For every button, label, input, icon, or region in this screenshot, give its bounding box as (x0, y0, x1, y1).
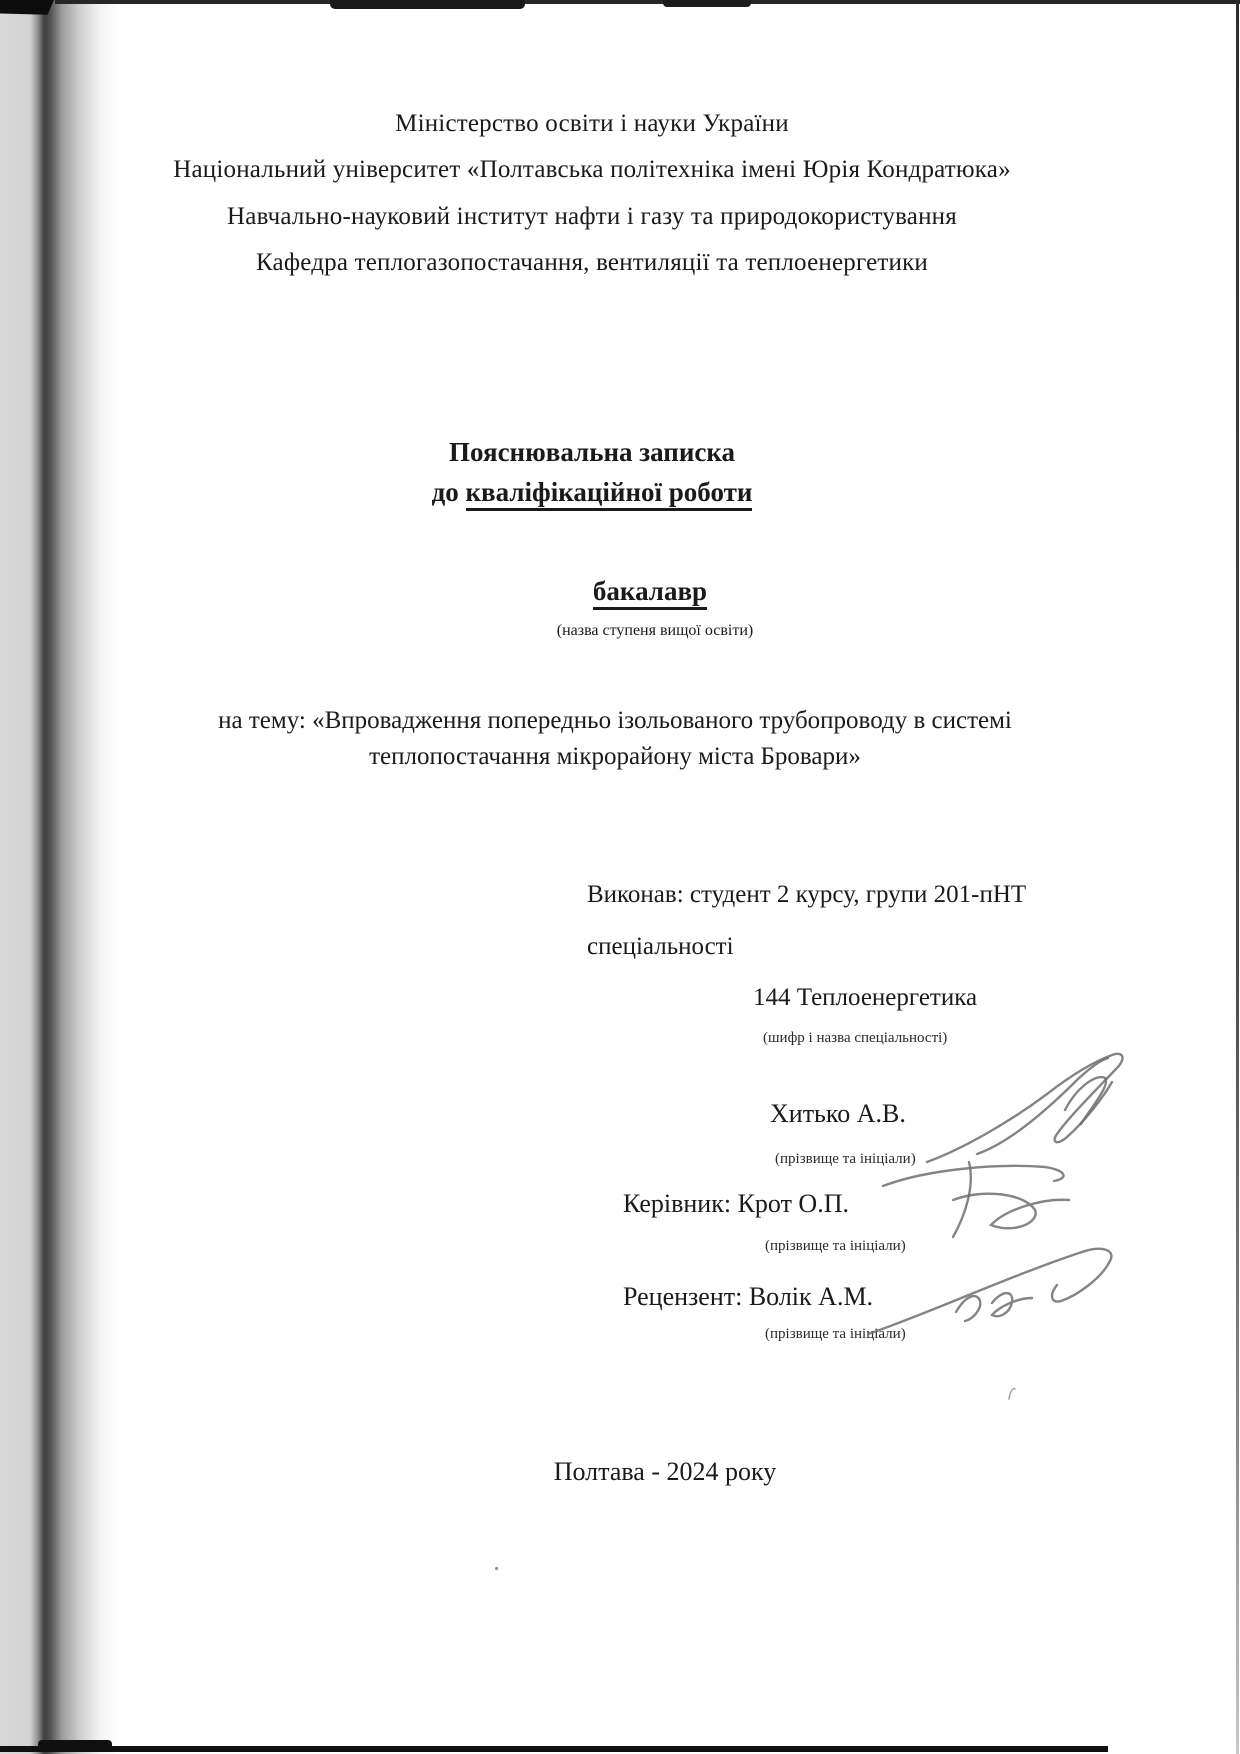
supervisor-line: Керівник: Крот О.П. (623, 1189, 849, 1219)
header-department: Кафедра теплогазопостачання, вентиляції … (120, 249, 1064, 277)
signature-krot (873, 1150, 1085, 1247)
scan-top-edge (55, 0, 1240, 4)
scan-right-edge (1236, 0, 1239, 1754)
header-university: Національний університет «Полтавська пол… (120, 156, 1064, 184)
scan-top-smudge (663, 0, 751, 7)
scan-speck (495, 1567, 498, 1570)
degree-caption: (назва ступеня вищої освіти) (215, 622, 1095, 640)
reviewer-line: Рецензент: Волік А.М. (623, 1282, 873, 1312)
scan-corner-blob (0, 0, 54, 16)
student-name: Хитько А.В. (770, 1099, 906, 1129)
topic-line1: на тему: «Впровадження попередньо ізольо… (218, 707, 1012, 734)
document-title-line2: до кваліфікаційної роботи (120, 477, 1064, 508)
scan-bottom-blob (38, 1740, 112, 1752)
specialty-caption: (шифр і назва спеціальності) (763, 1030, 947, 1047)
scan-top-smudge (330, 0, 525, 9)
executor-line: Виконав: студент 2 курсу, групи 201-пНТ (587, 881, 1026, 909)
header-ministry: Міністерство освіти і науки України (120, 110, 1064, 138)
signature-volik (860, 1240, 1132, 1342)
document-title-line1: Пояснювальна записка (120, 437, 1064, 468)
scanned-title-page: Міністерство освіти і науки України Наці… (0, 0, 1240, 1754)
degree-name: бакалавр (210, 576, 1090, 607)
scan-bottom-edge (0, 1746, 1108, 1752)
specialty-label: спеціальності (587, 933, 734, 961)
specialty-value: 144 Теплоенергетика (753, 984, 977, 1012)
scan-stray-mark (1006, 1384, 1018, 1402)
topic-line2: теплопостачання мікрорайону міста Бровар… (369, 743, 861, 770)
title-underlined-part: кваліфікаційної роботи (466, 477, 753, 511)
thesis-topic: на тему: «Впровадження попередньо ізольо… (140, 703, 1090, 775)
title-prefix: до (432, 477, 466, 507)
header-institute: Навчально-науковий інститут нафти і газу… (120, 203, 1064, 231)
scan-gutter-shadow (0, 0, 120, 1754)
footer-city-year: Полтава - 2024 року (520, 1457, 810, 1487)
